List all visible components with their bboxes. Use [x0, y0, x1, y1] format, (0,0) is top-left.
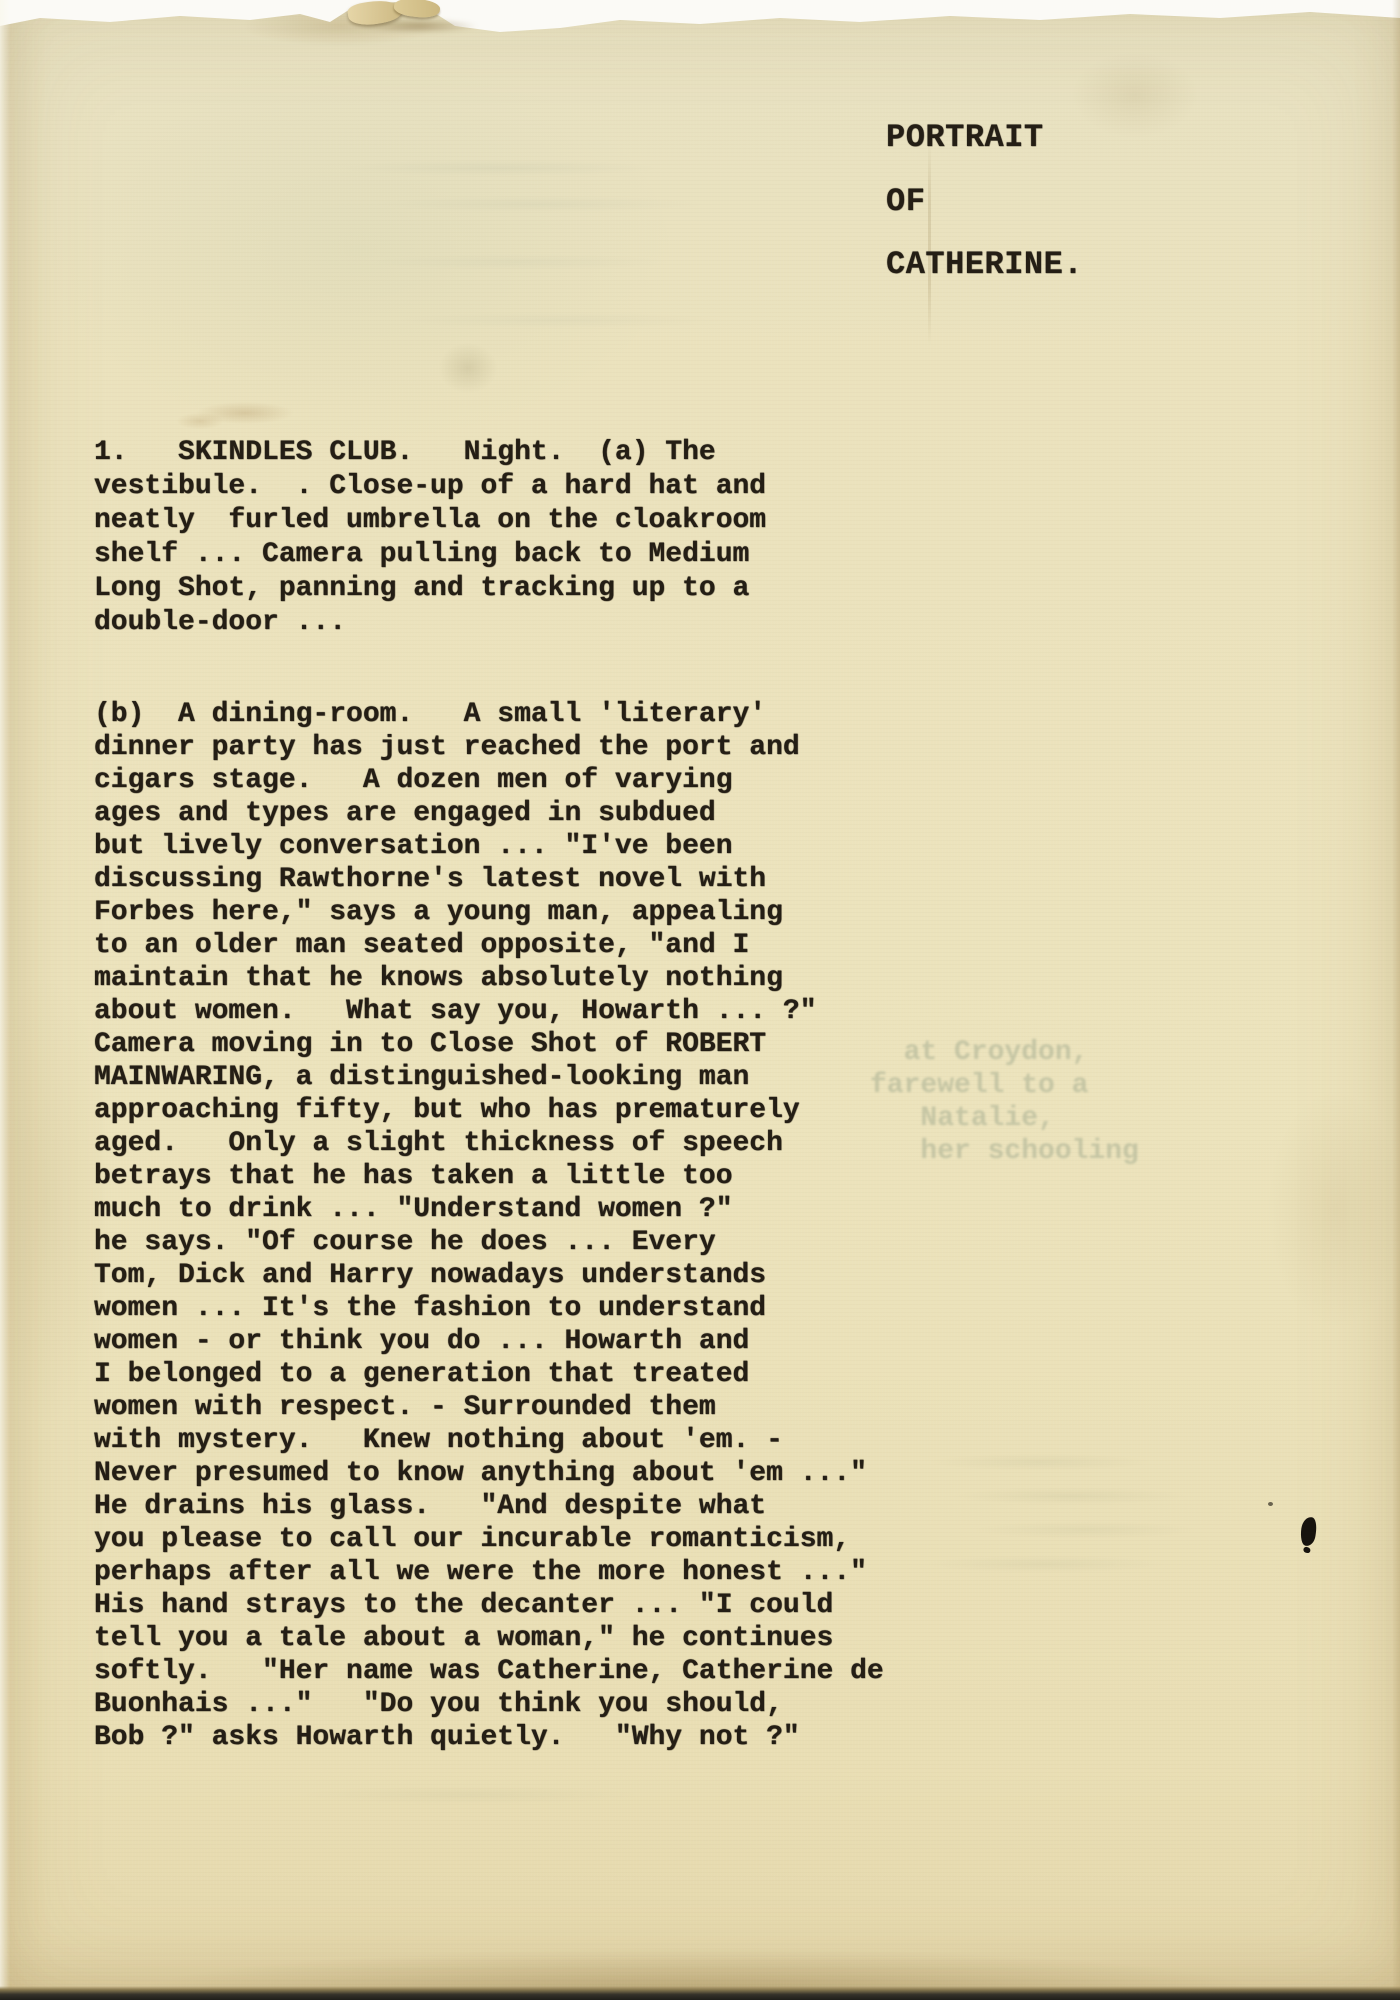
- script-line: to an older man seated opposite, "and I: [94, 929, 884, 962]
- bleed-through-line: her schooling: [870, 1135, 1139, 1168]
- bleed-through-line: Natalie,: [870, 1102, 1139, 1135]
- script-line: maintain that he knows absolutely nothin…: [94, 962, 884, 995]
- script-line: Camera moving in to Close Shot of ROBERT: [94, 1028, 884, 1061]
- script-line: women ... It's the fashion to understand: [94, 1292, 884, 1325]
- script-line: Never presumed to know anything about 'e…: [94, 1457, 884, 1490]
- script-line: much to drink ... "Understand women ?": [94, 1193, 884, 1226]
- script-line: betrays that he has taken a little too: [94, 1160, 884, 1193]
- script-line: (b) A dining-room. A small 'literary': [94, 698, 884, 731]
- script-line: His hand strays to the decanter ... "I c…: [94, 1589, 884, 1622]
- script-line: discussing Rawthorne's latest novel with: [94, 863, 884, 896]
- script-line: ages and types are engaged in subdued: [94, 797, 884, 830]
- script-line: neatly furled umbrella on the cloakroom: [94, 504, 766, 538]
- paper-right-edge: [1392, 0, 1400, 2000]
- script-line: shelf ... Camera pulling back to Medium: [94, 538, 766, 572]
- script-line: but lively conversation ... "I've been: [94, 830, 884, 863]
- script-line: perhaps after all we were the more hones…: [94, 1556, 884, 1589]
- scan-edge-bottom: [0, 1986, 1400, 2000]
- bleed-through-line: at Croydon,: [870, 1036, 1139, 1069]
- title-line: OF: [886, 170, 1083, 234]
- bleed-through-text: at Croydon,farewell to a Natalie, her sc…: [870, 1036, 1139, 1168]
- script-line: He drains his glass. "And despite what: [94, 1490, 884, 1523]
- script-line: MAINWARING, a distinguished-looking man: [94, 1061, 884, 1094]
- script-line: cigars stage. A dozen men of varying: [94, 764, 884, 797]
- document-title: PORTRAITOFCATHERINE.: [886, 106, 1083, 297]
- script-line: Buonhais ..." "Do you think you should,: [94, 1688, 884, 1721]
- script-line: tell you a tale about a woman," he conti…: [94, 1622, 884, 1655]
- scene-paragraph-a: 1. SKINDLES CLUB. Night. (a) Thevestibul…: [94, 436, 766, 640]
- bleed-through-line: farewell to a: [870, 1069, 1139, 1102]
- script-line: dinner party has just reached the port a…: [94, 731, 884, 764]
- script-line: approaching fifty, but who has premature…: [94, 1094, 884, 1127]
- script-line: softly. "Her name was Catherine, Catheri…: [94, 1655, 884, 1688]
- script-line: Tom, Dick and Harry nowadays understands: [94, 1259, 884, 1292]
- script-line: I belonged to a generation that treated: [94, 1358, 884, 1391]
- title-line: CATHERINE.: [886, 233, 1083, 297]
- script-line: about women. What say you, Howarth ... ?…: [94, 995, 884, 1028]
- script-line: Forbes here," says a young man, appealin…: [94, 896, 884, 929]
- script-line: Long Shot, panning and tracking up to a: [94, 572, 766, 606]
- script-line: 1. SKINDLES CLUB. Night. (a) The: [94, 436, 766, 470]
- script-line: with mystery. Knew nothing about 'em. -: [94, 1424, 884, 1457]
- script-line: aged. Only a slight thickness of speech: [94, 1127, 884, 1160]
- scene-paragraph-b: (b) A dining-room. A small 'literary'din…: [94, 698, 884, 1754]
- paper-left-edge: [0, 0, 10, 2000]
- script-line: double-door ...: [94, 606, 766, 640]
- script-line: Bob ?" asks Howarth quietly. "Why not ?": [94, 1721, 884, 1754]
- script-line: women with respect. - Surrounded them: [94, 1391, 884, 1424]
- script-line: you please to call our incurable romanti…: [94, 1523, 884, 1556]
- script-line: he says. "Of course he does ... Every: [94, 1226, 884, 1259]
- ink-speck: [1268, 1502, 1273, 1506]
- script-line: women - or think you do ... Howarth and: [94, 1325, 884, 1358]
- script-line: vestibule. . Close-up of a hard hat and: [94, 470, 766, 504]
- title-line: PORTRAIT: [886, 106, 1083, 170]
